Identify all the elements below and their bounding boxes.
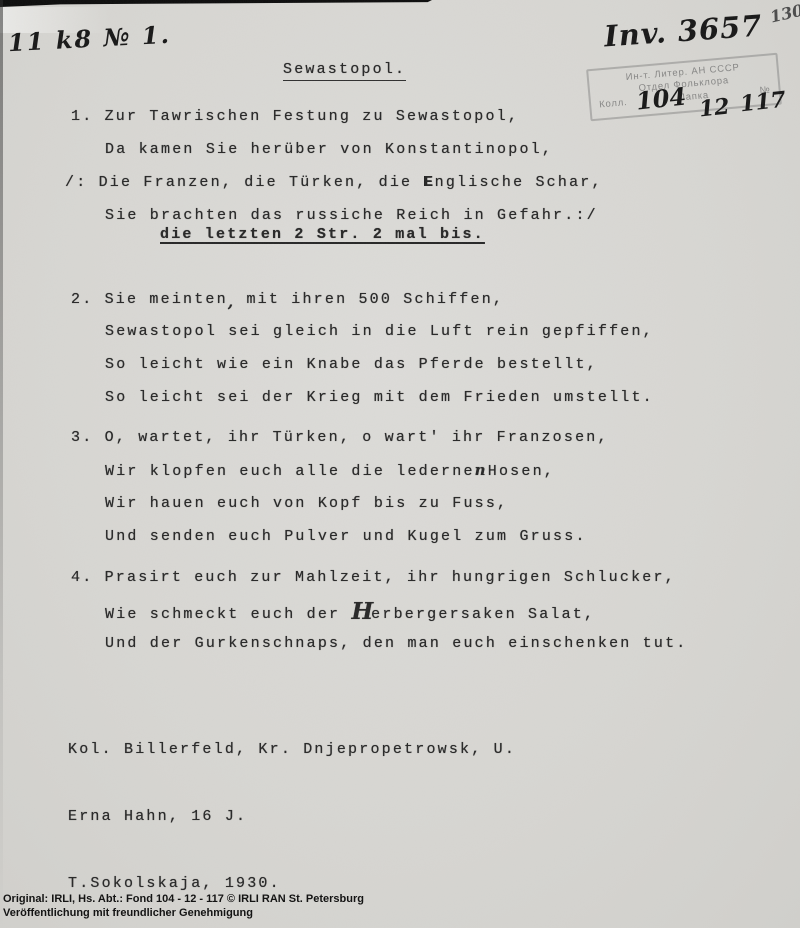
verse-line: So leicht wie ein Knabe das Pferde beste…	[105, 348, 654, 381]
typed-text: 1. Zur Tawrischen Festung zu Sewastopol,	[71, 108, 519, 125]
verse-3: 3. O, wartet, ihr Türken, o wart' ihr Fr…	[105, 421, 609, 553]
typed-text: /: Die Franzen, die Türken, die	[65, 174, 423, 191]
song-title: Sewastopol.	[283, 61, 406, 81]
typed-text: nglische Schar,	[435, 174, 603, 191]
verse-1: 1. Zur Tawrischen Festung zu Sewastopol,…	[105, 100, 603, 232]
verse-4: 4. Prasirt euch zur Mahlzeit, ihr hungri…	[105, 561, 687, 660]
typed-text: Wir hauen euch von Kopf bis zu Fuss,	[105, 495, 508, 512]
archive-credit: Original: IRLI, Hs. Abt.: Fond 104 - 12 …	[3, 892, 364, 920]
typed-text: Und senden euch Pulver und Kugel zum Gru…	[105, 528, 587, 545]
stamp-coll-label: Колл.	[599, 96, 628, 112]
verse-line: Wir hauen euch von Kopf bis zu Fuss,	[105, 487, 609, 520]
verse-line: Und der Gurkenschnaps, den man euch eins…	[105, 627, 687, 660]
typed-text: 2. Sie meinten	[71, 291, 228, 308]
typed-text: erbergersaken Salat,	[371, 606, 595, 623]
verse-2: 2. Sie meinten, mit ihren 500 Schiffen,S…	[105, 282, 654, 414]
verse-line: /: Die Franzen, die Türken, die Englisch…	[65, 166, 603, 199]
scan-edge-left	[0, 0, 3, 928]
scan-edge-top	[0, 0, 432, 7]
handwritten-mark-inserted-comma: ,	[228, 293, 235, 311]
verse-line: Sewastopol sei gleich in die Luft rein g…	[105, 315, 654, 348]
typed-text: mit ihren 500 Schiffen,	[235, 291, 504, 308]
typed-text: Da kamen Sie herüber von Konstantinopol,	[105, 141, 553, 158]
typed-text: Hosen,	[488, 463, 555, 480]
verse-line: 4. Prasirt euch zur Mahlzeit, ihr hungri…	[71, 561, 687, 594]
handwritten-page-number: 130	[768, 0, 800, 26]
refrain-instruction: die letzten 2 Str. 2 mal bis.	[160, 226, 485, 243]
typed-text: So leicht sei der Krieg mit dem Frieden …	[105, 389, 654, 406]
typed-text: 4. Prasirt euch zur Mahlzeit, ihr hungri…	[71, 569, 676, 586]
handwritten-inventory-number: Inv. 3657	[603, 9, 763, 54]
typed-text: Sie brachten das russiche Reich in Gefah…	[105, 207, 598, 224]
typed-text: Und der Gurkenschnaps, den man euch eins…	[105, 635, 687, 652]
attribution-informant: Erna Hahn, 16 J.	[68, 800, 516, 833]
handwritten-mark-hand-h: H	[351, 598, 373, 625]
typed-text: Wie schmeckt euch der	[105, 606, 351, 623]
verse-line: Und senden euch Pulver und Kugel zum Gru…	[105, 520, 609, 553]
handwritten-mark-inserted-n: n	[475, 461, 488, 479]
handwritten-item-number: 117	[739, 87, 787, 118]
handwritten-mark-overstruck-e: E	[423, 174, 434, 191]
typed-text: Wir klopfen euch alle die lederne	[105, 463, 475, 480]
typed-text: So leicht wie ein Knabe das Pferde beste…	[105, 356, 598, 373]
verse-line: 3. O, wartet, ihr Türken, o wart' ihr Fr…	[71, 421, 609, 454]
verse-line: Wir klopfen euch alle die ledernenHosen,	[105, 454, 609, 487]
typed-text: Sewastopol sei gleich in die Luft rein g…	[105, 323, 654, 340]
typed-text: 3. O, wartet, ihr Türken, o wart' ihr Fr…	[71, 429, 609, 446]
verse-line: 2. Sie meinten, mit ihren 500 Schiffen,	[71, 282, 654, 315]
credit-permission-line: Veröffentlichung mit freundlicher Genehm…	[3, 906, 364, 920]
handwritten-folder-number: 12	[698, 93, 731, 122]
scanned-document-page: 11 k8 № 1. Inv. 3657 130 Ин-т. Литер. АН…	[0, 0, 800, 928]
attribution-place: Kol. Billerfeld, Kr. Dnjepropetrowsk, U.	[68, 733, 516, 766]
handwritten-fond-number: 104	[635, 81, 688, 115]
credit-source-line: Original: IRLI, Hs. Abt.: Fond 104 - 12 …	[3, 892, 364, 906]
verse-line: 1. Zur Tawrischen Festung zu Sewastopol,	[71, 100, 603, 133]
verse-line: Wie schmeckt euch der Herbergersaken Sal…	[105, 594, 687, 627]
verse-line: So leicht sei der Krieg mit dem Frieden …	[105, 381, 654, 414]
verse-line: Da kamen Sie herüber von Konstantinopol,	[105, 133, 603, 166]
